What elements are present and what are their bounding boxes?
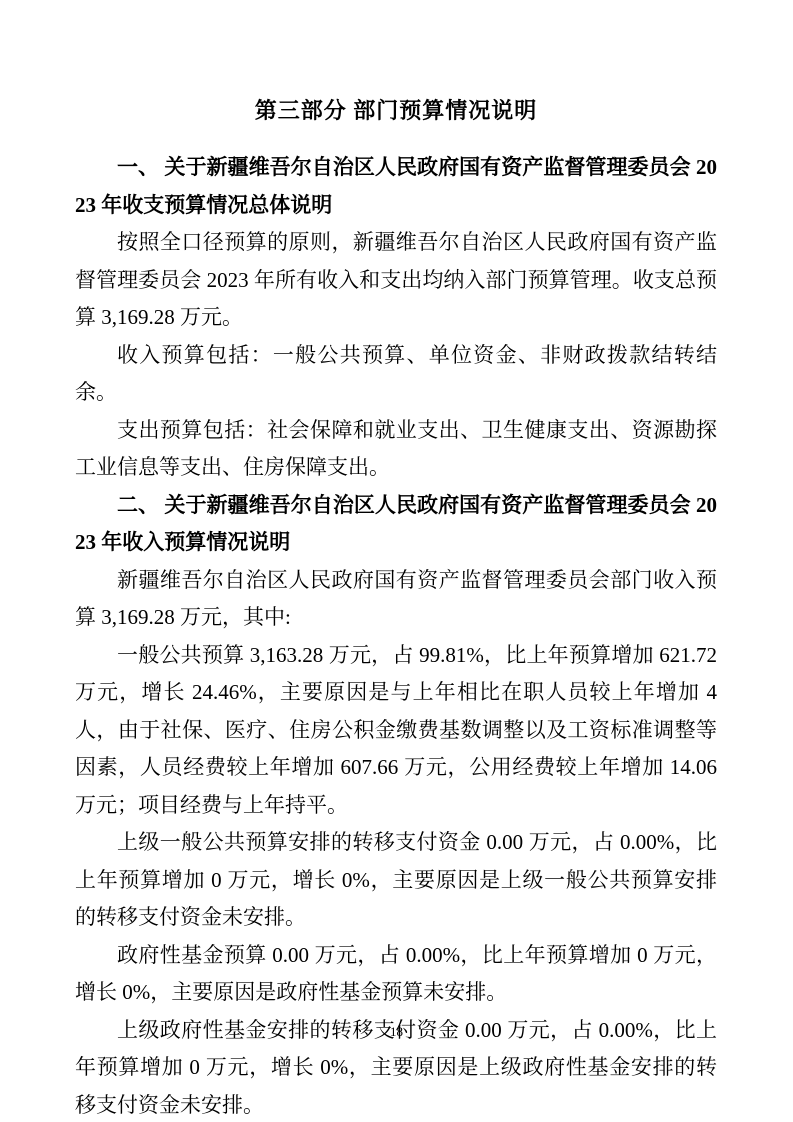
- section-1-paragraph-3: 支出预算包括：社会保障和就业支出、卫生健康支出、资源勘探工业信息等支出、住房保障…: [75, 412, 717, 487]
- section-2-heading: 二、 关于新疆维吾尔自治区人民政府国有资产监督管理委员会 2023 年收入预算情…: [75, 487, 717, 562]
- page-number: 18: [0, 1024, 793, 1040]
- section-1-paragraph-2: 收入预算包括：一般公共预算、单位资金、非财政拨款结转结余。: [75, 337, 717, 412]
- page-title: 第三部分 部门预算情况说明: [75, 92, 717, 130]
- document-page: 第三部分 部门预算情况说明 一、 关于新疆维吾尔自治区人民政府国有资产监督管理委…: [0, 0, 793, 1122]
- section-1-paragraph-1: 按照全口径预算的原则，新疆维吾尔自治区人民政府国有资产监督管理委员会 2023 …: [75, 224, 717, 337]
- section-2-paragraph-3: 上级一般公共预算安排的转移支付资金 0.00 万元，占 0.00%，比上年预算增…: [75, 824, 717, 937]
- section-2-paragraph-2: 一般公共预算 3,163.28 万元，占 99.81%，比上年预算增加 621.…: [75, 637, 717, 825]
- section-1-heading: 一、 关于新疆维吾尔自治区人民政府国有资产监督管理委员会 2023 年收支预算情…: [75, 149, 717, 224]
- section-2-paragraph-1: 新疆维吾尔自治区人民政府国有资产监督管理委员会部门收入预算 3,169.28 万…: [75, 562, 717, 637]
- section-2-paragraph-4: 政府性基金预算 0.00 万元，占 0.00%，比上年预算增加 0 万元，增长 …: [75, 937, 717, 1012]
- document-content: 第三部分 部门预算情况说明 一、 关于新疆维吾尔自治区人民政府国有资产监督管理委…: [75, 92, 717, 1122]
